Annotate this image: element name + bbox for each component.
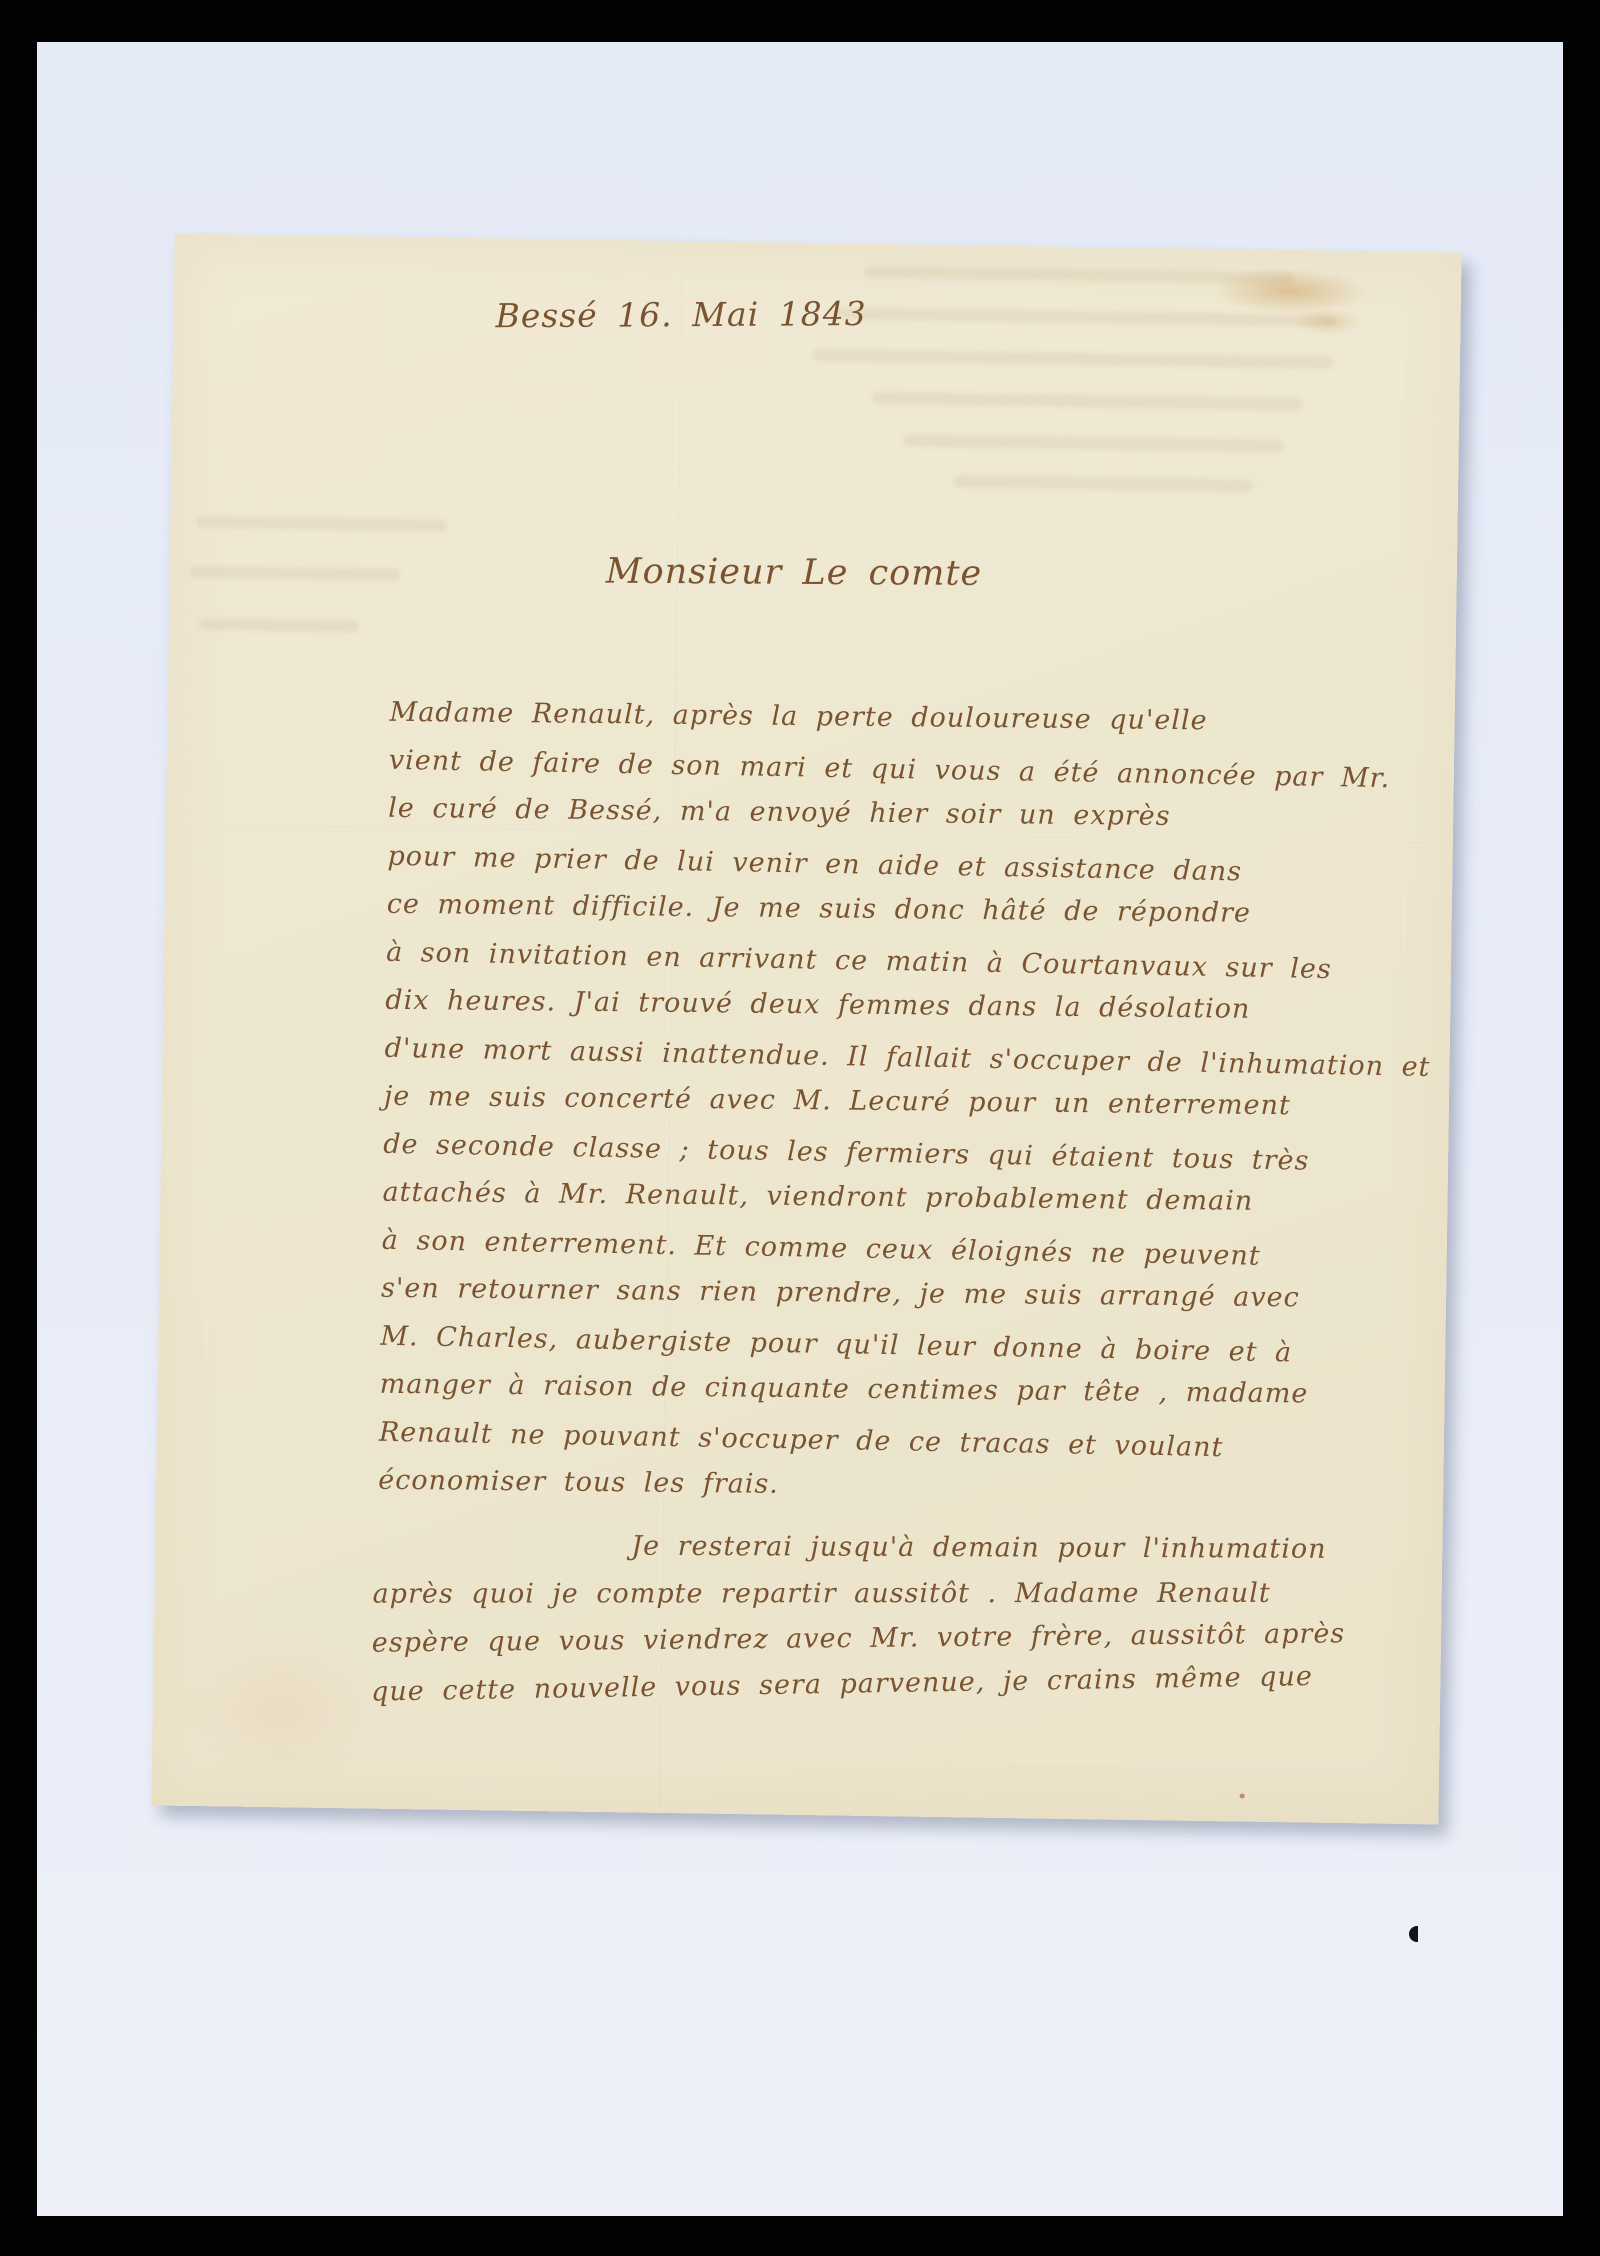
paper-discoloration [180, 1634, 382, 1787]
foxing-stain [1293, 308, 1363, 335]
letter-line: économiser tous les frais. [378, 1457, 1418, 1516]
scanner-mark [1409, 1926, 1418, 1942]
scanned-letter-photo: Bessé 16. Mai 1843 Monsieur Le comte Mad… [0, 0, 1600, 2256]
ink-bleed-through [953, 475, 1253, 491]
letter-date: Bessé 16. Mai 1843 [495, 294, 866, 335]
ink-speck [1240, 1794, 1245, 1799]
letter-paragraph: Je resterai jusqu'à demain pour l'inhuma… [371, 1521, 1464, 1733]
ink-bleed-through [190, 566, 400, 581]
scan-background: Bessé 16. Mai 1843 Monsieur Le comte Mad… [37, 42, 1563, 2216]
ink-bleed-through [872, 392, 1302, 410]
letter-paragraph: Madame Renault, après la perte douloureu… [378, 689, 1430, 1520]
ink-bleed-through [813, 349, 1333, 369]
letter-page: Bessé 16. Mai 1843 Monsieur Le comte Mad… [151, 234, 1461, 1825]
ink-bleed-through [196, 516, 446, 532]
letter-line: Je resterai jusqu'à demain pour l'inhuma… [373, 1521, 1463, 1575]
ink-bleed-through [199, 618, 359, 632]
letter-salutation: Monsieur Le comte [606, 552, 983, 594]
ink-bleed-through [904, 434, 1284, 452]
